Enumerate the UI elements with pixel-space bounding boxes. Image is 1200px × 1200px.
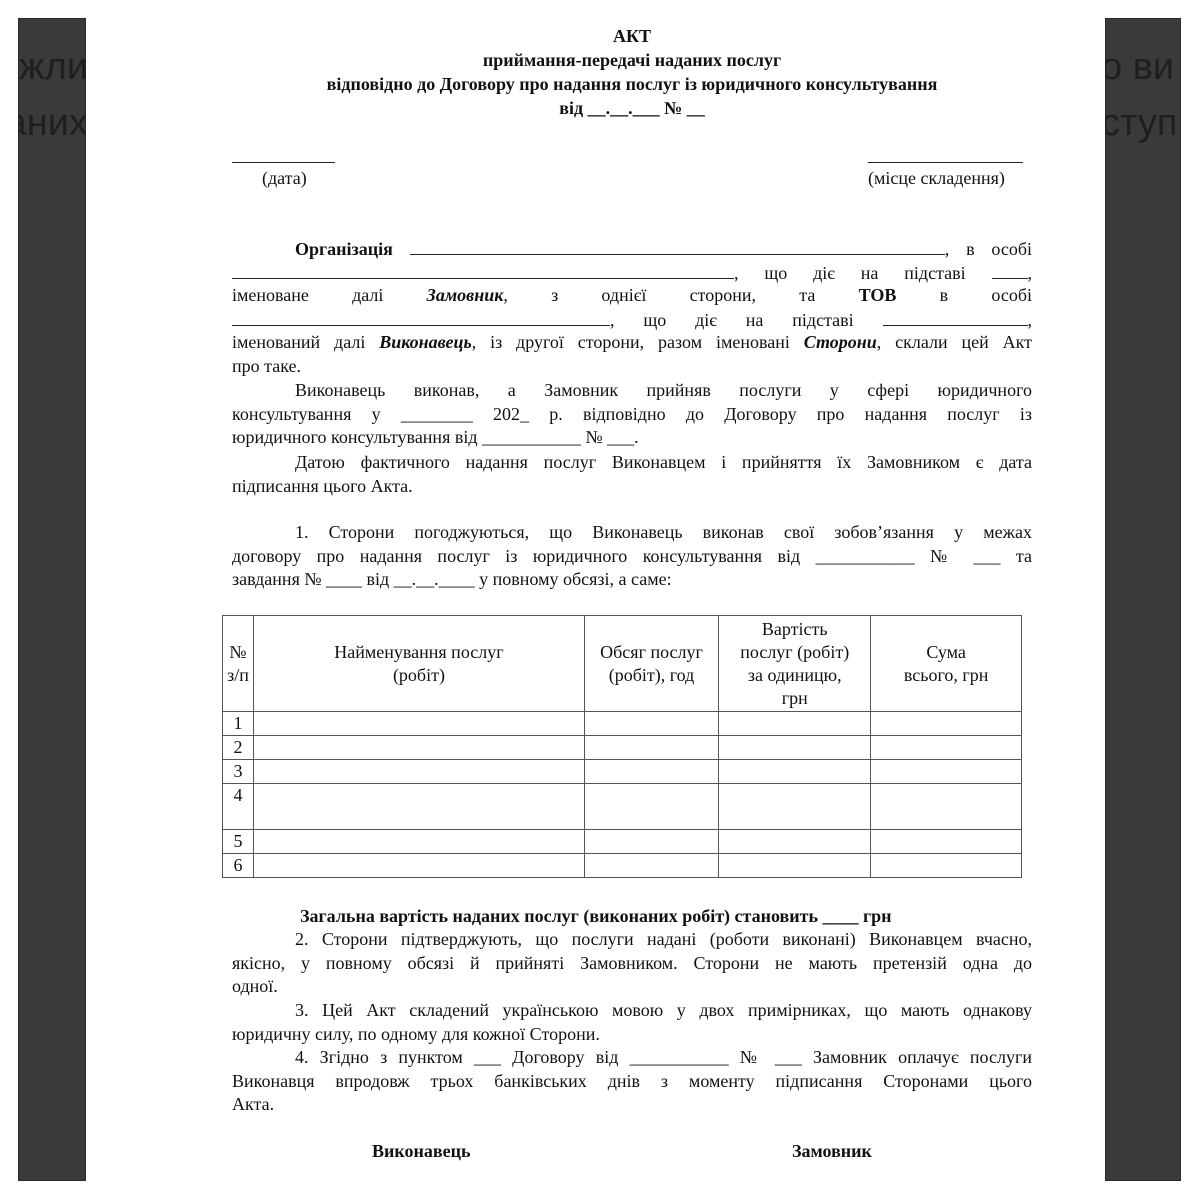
parties-paragraph: Організація , в особі , що діє на підста…	[232, 237, 1032, 378]
text-line: одної.	[232, 975, 1032, 999]
row-number-cell: 3	[223, 760, 254, 784]
executor-term: Виконавець	[379, 332, 472, 352]
document-subtitle: приймання-передачі наданих послуг	[232, 48, 1032, 72]
services-table: № з/п Найменування послуг (робіт) Обсяг …	[222, 615, 1022, 878]
text: , склали цей Акт	[877, 332, 1032, 352]
background-text: ажли	[18, 46, 86, 89]
date-label: (дата)	[262, 166, 307, 190]
text-line: 1. Сторони погоджуються, що Виконавець в…	[232, 521, 1032, 545]
document-title: АКТ	[232, 24, 1032, 48]
table-cell[interactable]	[871, 712, 1022, 736]
table-row: 1	[223, 712, 1022, 736]
executed-paragraph: Виконавець виконав, а Замовник прийняв п…	[232, 379, 1032, 450]
text-line: Датою фактичного надання послуг Виконавц…	[232, 451, 1032, 475]
text-line: якісно, у повному обсязі й прийняті Замо…	[232, 952, 1032, 976]
date-blank[interactable]	[232, 162, 335, 163]
text-line: завдання № ____ від __.__.____ у повному…	[232, 568, 1032, 592]
text-line: Виконавець виконав, а Замовник прийняв п…	[232, 379, 1032, 403]
table-cell[interactable]	[719, 712, 871, 736]
table-cell[interactable]	[719, 784, 871, 830]
row-number-cell: 4	[223, 784, 254, 830]
row-number-cell: 2	[223, 736, 254, 760]
background-text: о ви	[1105, 46, 1174, 89]
row-number-cell: 5	[223, 830, 254, 854]
table-cell[interactable]	[254, 784, 585, 830]
table-row: 4	[223, 784, 1022, 830]
table-cell[interactable]	[871, 830, 1022, 854]
column-header: Сума всього, грн	[871, 616, 1022, 712]
table-row: 6	[223, 854, 1022, 878]
table-cell[interactable]	[719, 760, 871, 784]
sides-term: Сторони	[804, 332, 877, 352]
text-line: юридичного консультування від __________…	[232, 426, 1032, 450]
table-cell[interactable]	[584, 784, 718, 830]
table-cell[interactable]	[584, 830, 718, 854]
table-cell[interactable]	[719, 736, 871, 760]
table-cell[interactable]	[254, 712, 585, 736]
table-cell[interactable]	[254, 830, 585, 854]
text: , що діє на підставі	[734, 263, 966, 283]
clause-2: 2. Сторони підтверджують, що послуги над…	[232, 928, 1032, 999]
text-line: 2. Сторони підтверджують, що послуги над…	[232, 928, 1032, 952]
customer-term: Замовник	[427, 285, 504, 305]
table-cell[interactable]	[871, 760, 1022, 784]
representative-blank[interactable]	[232, 261, 734, 279]
table-cell[interactable]	[254, 760, 585, 784]
text: , що діє на підставі	[610, 310, 854, 330]
text-line: 4. Згідно з пунктом ___ Договору від ___…	[232, 1046, 1032, 1070]
executor-signature-label: Виконавець	[372, 1141, 470, 1162]
executor-basis-blank[interactable]	[883, 308, 1028, 326]
text-line: Акта.	[232, 1093, 1032, 1117]
org-label: Організація	[295, 239, 393, 259]
table-cell[interactable]	[584, 760, 718, 784]
customer-signature-label: Замовник	[792, 1141, 872, 1162]
table-cell[interactable]	[584, 736, 718, 760]
date-paragraph: Датою фактичного надання послуг Виконавц…	[232, 451, 1032, 498]
right-background-panel: о ви ступ	[1105, 18, 1181, 1181]
basis-blank[interactable]	[992, 261, 1028, 279]
clause-4: 4. Згідно з пунктом ___ Договору від ___…	[232, 1046, 1032, 1117]
text: , із другої сторони, разом іменовані	[472, 332, 790, 352]
place-label: (місце складення)	[868, 166, 1005, 190]
text-line: підписання цього Акта.	[232, 475, 1032, 499]
text-line: консультування у ________ 202_ р. відпов…	[232, 403, 1032, 427]
table-cell[interactable]	[584, 712, 718, 736]
document-subtitle: відповідно до Договору про надання послу…	[232, 72, 1032, 96]
left-background-panel: ажли аних	[18, 18, 86, 1181]
table-row: 2	[223, 736, 1022, 760]
column-header: № з/п	[223, 616, 254, 712]
table-cell[interactable]	[254, 736, 585, 760]
table-cell[interactable]	[719, 830, 871, 854]
column-header: Обсяг послуг (робіт), год	[584, 616, 718, 712]
text-line: Виконавця впродовж трьох банківських дні…	[232, 1070, 1032, 1094]
table-cell[interactable]	[871, 854, 1022, 878]
text: іменований далі	[232, 332, 365, 352]
text: іменоване далі	[232, 285, 383, 305]
row-number-cell: 6	[223, 854, 254, 878]
table-cell[interactable]	[719, 854, 871, 878]
document-number-line: від __.__.___ № __	[232, 96, 1032, 120]
table-cell[interactable]	[871, 784, 1022, 830]
executor-representative-blank[interactable]	[232, 308, 610, 326]
org-name-blank[interactable]	[410, 237, 945, 255]
text: про таке.	[232, 355, 1032, 379]
text: в особі	[940, 285, 1032, 305]
total-cost: Загальна вартість наданих послуг (викона…	[300, 904, 892, 928]
text: , з однієї сторони, та	[503, 285, 815, 305]
table-cell[interactable]	[871, 736, 1022, 760]
text-line: договору про надання послуг із юридичног…	[232, 545, 1032, 569]
column-header: Вартість послуг (робіт) за одиницю, грн	[719, 616, 871, 712]
tov-label: ТОВ	[859, 285, 897, 305]
table-row: 5	[223, 830, 1022, 854]
text-line: 3. Цей Акт складений українською мовою у…	[232, 999, 1032, 1023]
column-header: Найменування послуг (робіт)	[254, 616, 585, 712]
clause-3: 3. Цей Акт складений українською мовою у…	[232, 999, 1032, 1046]
background-text: аних	[18, 102, 86, 145]
table-cell[interactable]	[254, 854, 585, 878]
table-cell[interactable]	[584, 854, 718, 878]
row-number-cell: 1	[223, 712, 254, 736]
text-line: юридичну силу, по одному для кожної Стор…	[232, 1023, 1032, 1047]
text: , в особі	[945, 239, 1032, 259]
clause-1: 1. Сторони погоджуються, що Виконавець в…	[232, 521, 1032, 592]
place-blank[interactable]	[868, 162, 1023, 163]
document-page: АКТ приймання-передачі наданих послуг ві…	[86, 0, 1105, 1200]
table-row: 3	[223, 760, 1022, 784]
background-text: ступ	[1105, 102, 1177, 145]
